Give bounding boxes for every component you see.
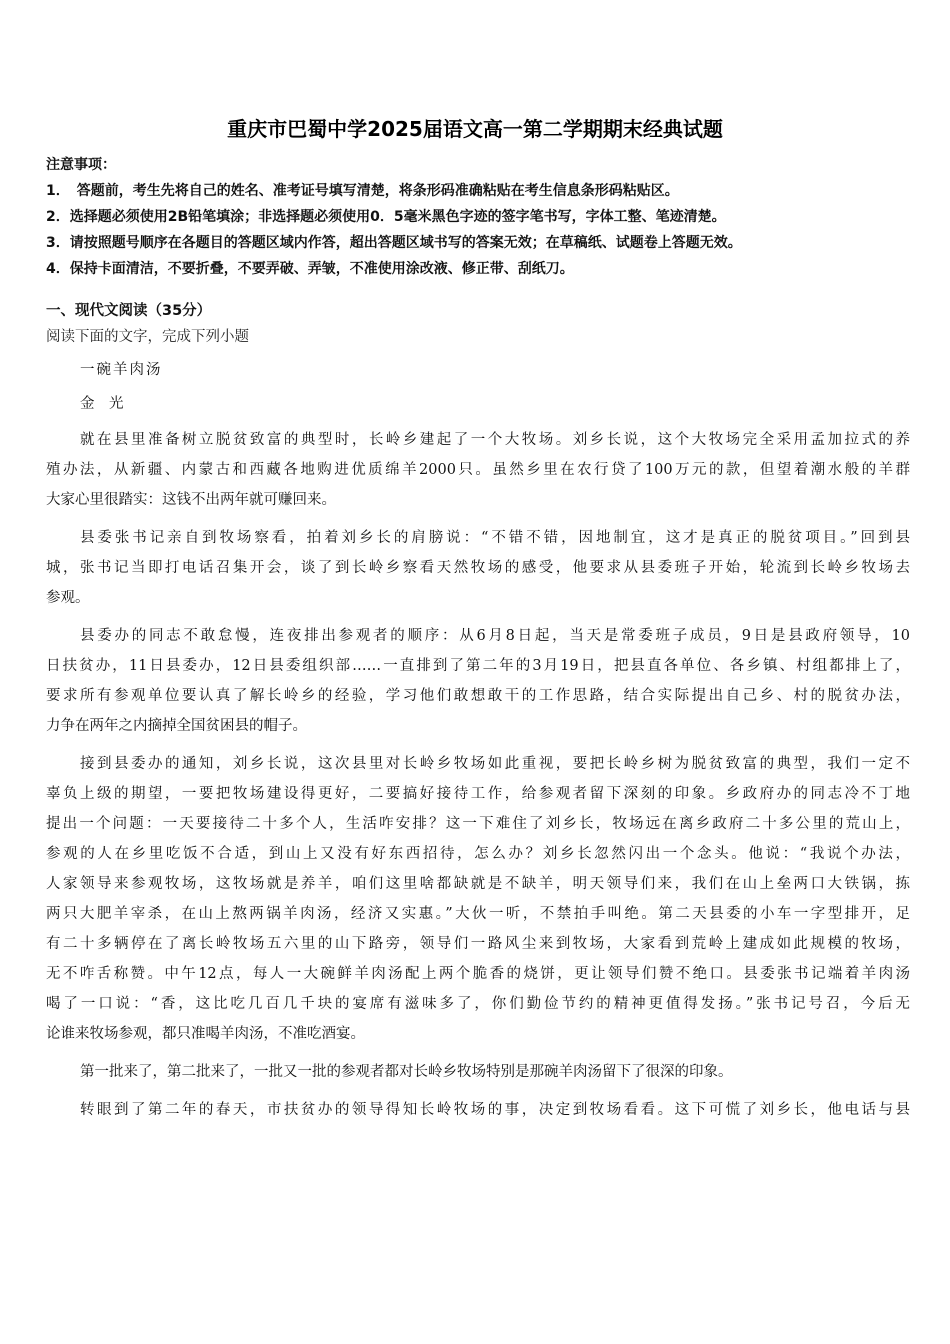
section-instruction: 阅读下面的文字，完成下列小题 — [46, 325, 249, 346]
text-line: 力争在两年之内摘掉全国贫困县的帽子。 — [46, 711, 910, 741]
text-line: 有二十多辆停在了离长岭牧场五六里的山下路旁，领导们一路风尘来到牧场，大家看到荒岭… — [46, 929, 910, 959]
story-title: 一碗羊肉汤 — [80, 358, 163, 379]
paragraph: 就在县里准备树立脱贫致富的典型时，长岭乡建起了一个大牧场。刘乡长说，这个大牧场完… — [46, 425, 910, 515]
text-line: 就在县里准备树立脱贫致富的典型时，长岭乡建起了一个大牧场。刘乡长说，这个大牧场完… — [46, 425, 910, 455]
notes-heading: 注意事项： — [46, 152, 926, 178]
text-line: 殖办法，从新疆、内蒙古和西藏各地购进优质绵羊2000只。虽然乡里在农行贷了100… — [46, 455, 910, 485]
text-line: 参观。 — [46, 583, 910, 613]
text-line: 日扶贫办，11日县委办，12日县委组织部……一直排到了第二年的3月19日，把县直… — [46, 651, 910, 681]
text-line: 城，张书记当即打电话召集开会，谈了到长岭乡察看天然牧场的感受，他要求从县委班子开… — [46, 553, 910, 583]
text-line: 喝了一口说：“香，这比吃几百几千块的宴席有滋味多了，你们勤俭节约的精神更值得发扬… — [46, 989, 910, 1019]
text-line: 第一批来了，第二批来了，一批又一批的参观者都对长岭乡牧场特别是那碗羊肉汤留下了很… — [46, 1057, 910, 1087]
story-author: 金 光 — [80, 392, 124, 413]
text-line: 转眼到了第二年的春天，市扶贫办的领导得知长岭牧场的事，决定到牧场看看。这下可慌了… — [46, 1095, 910, 1125]
text-line: 无不咋舌称赞。中午12点，每人一大碗鲜羊肉汤配上两个脆香的烧饼，更让领导们赞不绝… — [46, 959, 910, 989]
text-line: 人家领导来参观牧场，这牧场就是养羊，咱们这里啥都缺就是不缺羊，明天领导们来，我们… — [46, 869, 910, 899]
paragraph: 县委张书记亲自到牧场察看，拍着刘乡长的肩膀说：“不错不错，因地制宜，这才是真正的… — [46, 523, 910, 613]
paragraph: 转眼到了第二年的春天，市扶贫办的领导得知长岭牧场的事，决定到牧场看看。这下可慌了… — [46, 1095, 910, 1125]
text-line: 大家心里很踏实：这钱不出两年就可赚回来。 — [46, 485, 910, 515]
text-line: 提出一个问题：一天要接待二十多个人，生活咋安排？这一下难住了刘乡长，牧场远在离乡… — [46, 809, 910, 839]
paragraph: 接到县委办的通知，刘乡长说，这次县里对长岭乡牧场如此重视，要把长岭乡树为脱贫致富… — [46, 749, 910, 1049]
text-line: 接到县委办的通知，刘乡长说，这次县里对长岭乡牧场如此重视，要把长岭乡树为脱贫致富… — [46, 749, 910, 779]
text-line: 县委办的同志不敢怠慢，连夜排出参观者的顺序：从6月8日起，当天是常委班子成员，9… — [46, 621, 910, 651]
text-line: 县委张书记亲自到牧场察看，拍着刘乡长的肩膀说：“不错不错，因地制宜，这才是真正的… — [46, 523, 910, 553]
text-line: 论谁来牧场参观，都只准喝羊肉汤，不准吃酒宴。 — [46, 1019, 910, 1049]
note-item: 1． 答题前，考生先将自己的姓名、准考证号填写清楚，将条形码准确粘贴在考生信息条… — [46, 178, 926, 204]
document-title: 重庆市巴蜀中学2025届语文高一第二学期期末经典试题 — [0, 113, 950, 142]
note-item: 3．请按照题号顺序在各题目的答题区域内作答，超出答题区域书写的答案无效；在草稿纸… — [46, 230, 926, 256]
text-line: 参观的人在乡里吃饭不合适，到山上又没有好东西招待，怎么办？刘乡长忽然闪出一个念头… — [46, 839, 910, 869]
document-page: 重庆市巴蜀中学2025届语文高一第二学期期末经典试题 注意事项： 1． 答题前，… — [0, 0, 950, 1344]
note-item: 4．保持卡面清洁，不要折叠，不要弄破、弄皱，不准使用涂改液、修正带、刮纸刀。 — [46, 256, 926, 282]
text-line: 两只大肥羊宰杀，在山上熬两锅羊肉汤，经济又实惠。”大伙一听，不禁拍手叫绝。第二天… — [46, 899, 910, 929]
note-item: 2．选择题必须使用2B铅笔填涂；非选择题必须使用0．5毫米黑色字迹的签字笔书写，… — [46, 204, 926, 230]
story-body: 就在县里准备树立脱贫致富的典型时，长岭乡建起了一个大牧场。刘乡长说，这个大牧场完… — [46, 425, 910, 1125]
text-line: 辜负上级的期望，一要把牧场建设得更好，二要搞好接待工作，给参观者留下深刻的印象。… — [46, 779, 910, 809]
paragraph: 县委办的同志不敢怠慢，连夜排出参观者的顺序：从6月8日起，当天是常委班子成员，9… — [46, 621, 910, 741]
text-line: 要求所有参观单位要认真了解长岭乡的经验，学习他们敢想敢干的工作思路，结合实际提出… — [46, 681, 910, 711]
exam-notes: 注意事项： 1． 答题前，考生先将自己的姓名、准考证号填写清楚，将条形码准确粘贴… — [46, 152, 926, 282]
section-heading: 一、现代文阅读（35分） — [46, 299, 211, 320]
paragraph: 第一批来了，第二批来了，一批又一批的参观者都对长岭乡牧场特别是那碗羊肉汤留下了很… — [46, 1057, 910, 1087]
